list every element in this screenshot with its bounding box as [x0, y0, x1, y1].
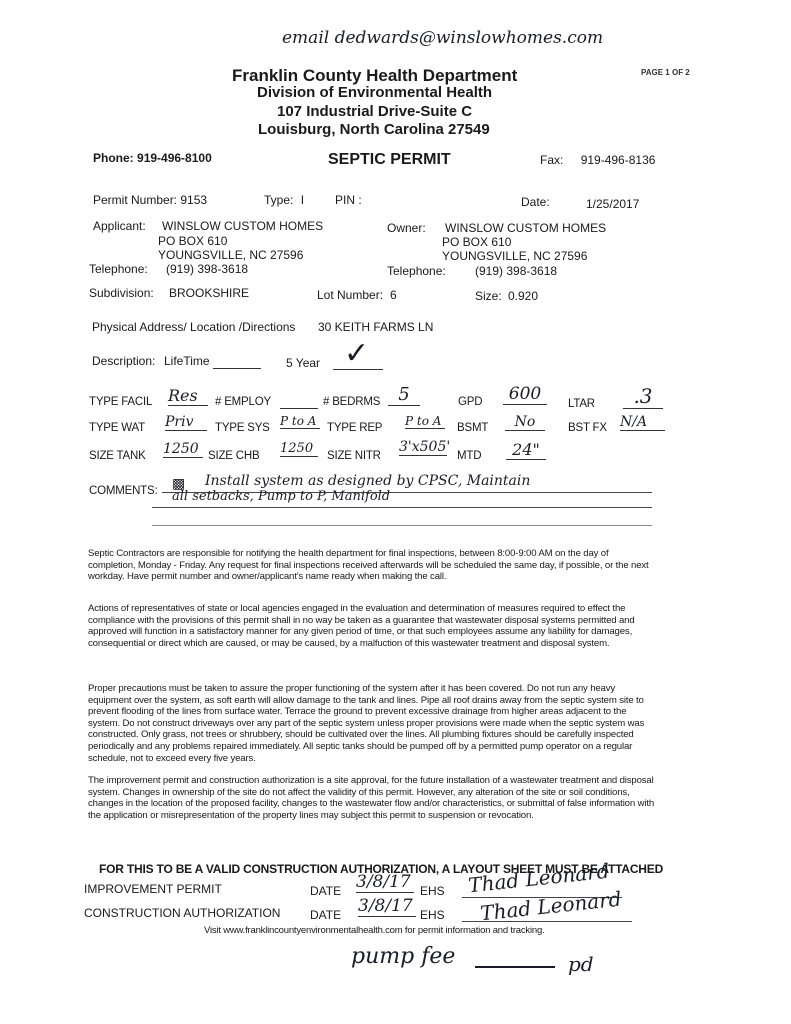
notice-liability: Actions of representatives of state or l…: [88, 603, 658, 649]
size-nitr-label: SIZE NITR: [327, 450, 381, 462]
bst-fx-value: N/A: [620, 414, 665, 431]
mtd-label: MTD: [457, 450, 481, 462]
bsmt-label: BSMT: [457, 422, 488, 434]
construction-authorization-label: CONSTRUCTION AUTHORIZATION: [84, 906, 280, 920]
size-tank-value: 1250: [163, 441, 203, 458]
fax-row: Fax: 919-496-8136: [540, 153, 655, 167]
construction-ehs-rule: [462, 921, 632, 922]
employ-label: # EMPLOY: [215, 396, 271, 408]
fax-label: Fax:: [540, 153, 563, 167]
bedrms-value: 5: [388, 384, 420, 406]
description-label: Description:: [92, 354, 155, 368]
phone-value: 919-496-8100: [137, 151, 212, 165]
comments-rule-2: [152, 507, 652, 508]
permit-number-row: Permit Number: 9153: [93, 193, 207, 207]
permit-type-row: Type: I: [264, 193, 304, 207]
size-chb-label: SIZE CHB: [208, 450, 259, 462]
comments-label: COMMENTS:: [89, 485, 157, 497]
website-note: Visit www.franklincountyenvironmentalhea…: [204, 925, 545, 936]
division-name: Division of Environmental Health: [257, 84, 492, 101]
construction-date-value: 3/8/17: [358, 896, 416, 917]
pump-fee-dash: [475, 966, 555, 968]
handwritten-email-note: email dedwards@winslowhomes.com: [282, 28, 603, 48]
handwritten-paid-note: pd: [568, 952, 594, 976]
applicant-telephone: (919) 398-3618: [166, 262, 248, 276]
physical-address-label: Physical Address/ Location /Directions: [92, 320, 295, 334]
mtd-value: 24": [506, 440, 546, 460]
permit-number-label: Permit Number:: [93, 193, 177, 207]
type-wat-value: Priv: [165, 414, 207, 431]
improvement-date-label: DATE: [310, 884, 341, 898]
size-value: 0.920: [508, 289, 538, 303]
size-label: Size:: [475, 289, 502, 303]
lot-number-label: Lot Number:: [317, 288, 383, 302]
owner-address2: YOUNGSVILLE, NC 27596: [442, 249, 587, 263]
type-wat-label: TYPE WAT: [89, 422, 145, 434]
ltar-value: .3: [623, 384, 663, 409]
fax-value: 919-496-8136: [581, 153, 656, 167]
applicant-label: Applicant:: [93, 219, 146, 233]
owner-label: Owner:: [387, 221, 426, 235]
type-rep-value: P to A: [405, 414, 445, 429]
type-facil-value: Res: [168, 386, 208, 406]
type-rep-label: TYPE REP: [327, 422, 382, 434]
page-indicator: PAGE 1 OF 2: [641, 68, 690, 77]
applicant-address2: YOUNGSVILLE, NC 27596: [158, 248, 303, 262]
gpd-label: GPD: [458, 396, 482, 408]
comments-line-1: Install system as designed by CPSC, Main…: [205, 473, 530, 489]
applicant-telephone-label: Telephone:: [89, 262, 148, 276]
owner-name: WINSLOW CUSTOM HOMES: [445, 221, 606, 235]
construction-ehs-label: EHS: [420, 908, 445, 922]
type-sys-value: P to A: [280, 414, 320, 429]
size-chb-value: 1250: [280, 441, 318, 457]
employ-blank: [280, 408, 318, 409]
applicant-name: WINSLOW CUSTOM HOMES: [162, 219, 323, 233]
subdivision-value: BROOKSHIRE: [169, 286, 249, 300]
notice-precautions: Proper precautions must be taken to assu…: [88, 683, 658, 764]
owner-telephone: (919) 398-3618: [475, 264, 557, 278]
owner-telephone-label: Telephone:: [387, 264, 446, 278]
improvement-date-value: 3/8/17: [356, 872, 414, 893]
notice-site-approval: The improvement permit and construction …: [88, 775, 658, 821]
pin-label: PIN :: [335, 193, 362, 207]
permit-date-label: Date:: [521, 195, 550, 209]
ltar-label: LTAR: [568, 398, 595, 410]
type-sys-label: TYPE SYS: [215, 422, 270, 434]
construction-date-label: DATE: [310, 908, 341, 922]
type-facil-label: TYPE FACIL: [89, 396, 152, 408]
physical-address-value: 30 KEITH FARMS LN: [318, 320, 433, 334]
size-nitr-value: 3'x505': [399, 439, 447, 456]
permit-type-label: Type:: [264, 193, 293, 207]
street-address: 107 Industrial Drive-Suite C: [277, 103, 472, 120]
notice-final-inspection: Septic Contractors are responsible for n…: [88, 548, 658, 583]
comments-rule-3: [152, 525, 652, 526]
handwritten-pump-fee-note: pump fee: [351, 944, 455, 969]
bsmt-value: No: [505, 414, 545, 431]
improvement-ehs-label: EHS: [420, 884, 445, 898]
applicant-address1: PO BOX 610: [158, 234, 227, 248]
department-name: Franklin County Health Department: [232, 66, 517, 86]
owner-address1: PO BOX 610: [442, 235, 511, 249]
comments-line-2: all setbacks, Pump to P, Manifold: [172, 489, 390, 504]
phone-row: Phone: 919-496-8100: [93, 151, 212, 165]
five-year-checkmark-icon: ✓: [344, 336, 369, 371]
phone-label: Phone:: [93, 151, 134, 165]
gpd-value: 600: [503, 384, 547, 405]
permit-type-value: I: [301, 193, 304, 207]
document-title: SEPTIC PERMIT: [328, 151, 451, 169]
lifetime-blank: [213, 368, 261, 369]
size-tank-label: SIZE TANK: [89, 450, 146, 462]
subdivision-label: Subdivision:: [89, 286, 154, 300]
permit-date-value: 1/25/2017: [586, 197, 639, 211]
lifetime-label: LifeTime: [164, 354, 210, 368]
permit-number-value: 9153: [180, 193, 207, 207]
five-year-label: 5 Year: [286, 356, 320, 370]
improvement-permit-label: IMPROVEMENT PERMIT: [84, 882, 222, 896]
city-address: Louisburg, North Carolina 27549: [258, 121, 490, 138]
bedrms-label: # BEDRMS: [323, 396, 380, 408]
lot-number-value: 6: [390, 288, 397, 302]
bst-fx-label: BST FX: [568, 422, 607, 434]
